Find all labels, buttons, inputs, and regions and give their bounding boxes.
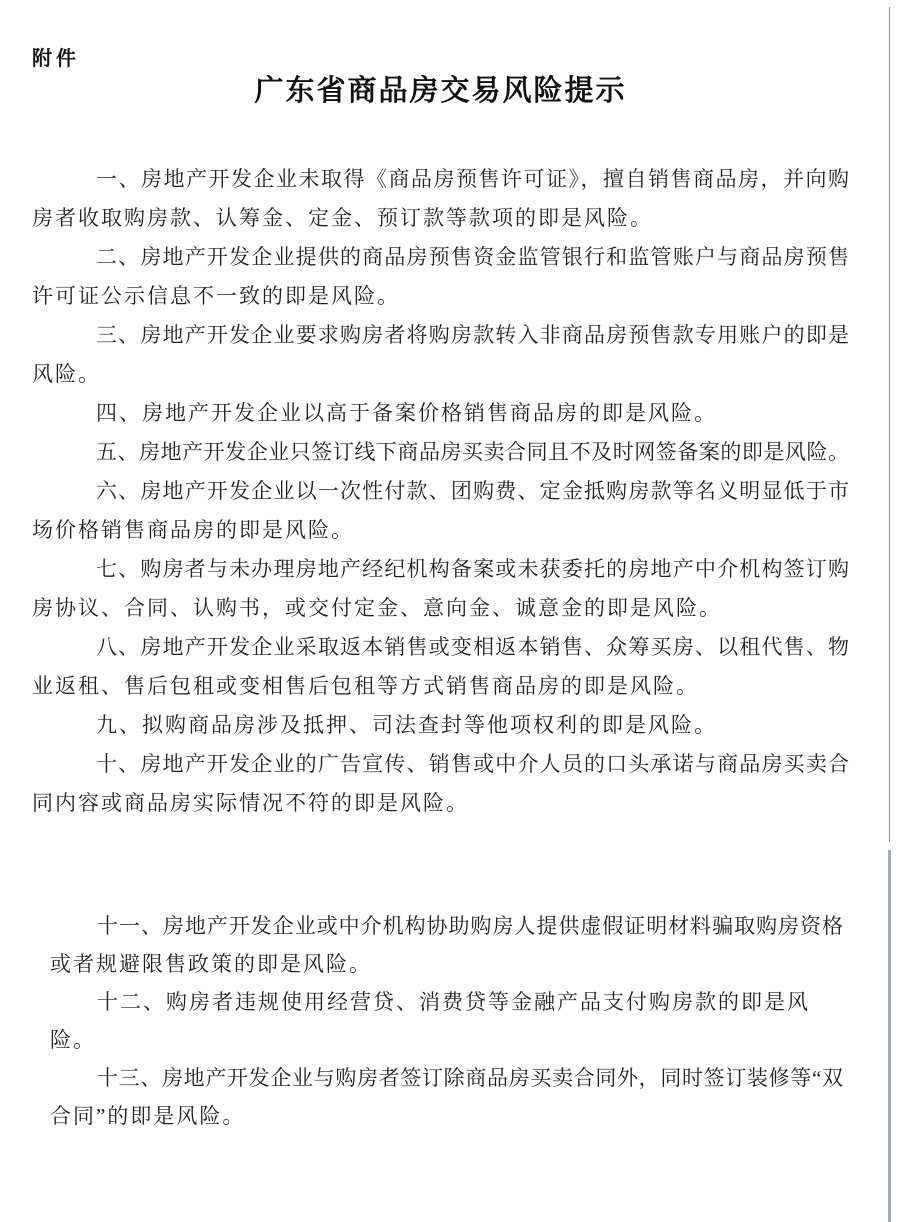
paragraph-2: 二、房地产开发企业提供的商品房预售资金监管银行和监管账户与商品房预售 许可证公示… <box>32 238 849 316</box>
attachment-label: 附件 <box>32 42 80 71</box>
paragraph-10: 十、房地产开发企业的广告宣传、销售或中介人员的口头承诺与商品房买卖合 同内容或商… <box>32 745 849 823</box>
paragraph-line: 三、房地产开发企业要求购房者将购房款转入非商品房预售款专用账户的即是 <box>32 316 849 355</box>
paragraph-line: 风险。 <box>32 355 849 394</box>
paragraph-line: 场价格销售商品房的即是风险。 <box>32 511 849 550</box>
paragraph-line: 十三、房地产开发企业与购房者签订除商品房买卖合同外，同时签订装修等“双 <box>50 1059 843 1097</box>
paragraph-line: 房者收取购房款、认筹金、定金、预订款等款项的即是风险。 <box>32 199 849 238</box>
paragraph-line: 五、房地产开发企业只签订线下商品房买卖合同且不及时网签备案的即是风险。 <box>32 433 849 472</box>
page-1-right-border <box>889 7 890 842</box>
paragraph-line: 房协议、合同、认购书，或交付定金、意向金、诚意金的即是风险。 <box>32 589 849 628</box>
paragraph-13: 十三、房地产开发企业与购房者签订除商品房买卖合同外，同时签订装修等“双 合同”的… <box>50 1059 843 1135</box>
paragraph-line: 二、房地产开发企业提供的商品房预售资金监管银行和监管账户与商品房预售 <box>32 238 849 277</box>
paragraph-line: 六、房地产开发企业以一次性付款、团购费、定金抵购房款等名义明显低于市 <box>32 472 849 511</box>
paragraph-line: 十、房地产开发企业的广告宣传、销售或中介人员的口头承诺与商品房买卖合 <box>32 745 849 784</box>
paragraph-line: 许可证公示信息不一致的即是风险。 <box>32 277 849 316</box>
paragraph-line: 四、房地产开发企业以高于备案价格销售商品房的即是风险。 <box>32 394 849 433</box>
page-1-body: 一、房地产开发企业未取得《商品房预售许可证》，擅自销售商品房，并向购 房者收取购… <box>32 160 849 823</box>
paragraph-line: 十二、购房者违规使用经营贷、消费贷等金融产品支付购房款的即是风险。 <box>50 983 843 1059</box>
paragraph-line: 或者规避限售政策的即是风险。 <box>50 945 843 983</box>
document-viewer: { "document": { "attachment_label": "附件"… <box>0 0 900 1222</box>
paragraph-8: 八、房地产开发企业采取返本销售或变相返本销售、众筹买房、以租代售、物 业返租、售… <box>32 628 849 706</box>
paragraph-3: 三、房地产开发企业要求购房者将购房款转入非商品房预售款专用账户的即是 风险。 <box>32 316 849 394</box>
paragraph-line: 八、房地产开发企业采取返本销售或变相返本销售、众筹买房、以租代售、物 <box>32 628 849 667</box>
paragraph-6: 六、房地产开发企业以一次性付款、团购费、定金抵购房款等名义明显低于市 场价格销售… <box>32 472 849 550</box>
paragraph-1: 一、房地产开发企业未取得《商品房预售许可证》，擅自销售商品房，并向购 房者收取购… <box>32 160 849 238</box>
paragraph-line: 一、房地产开发企业未取得《商品房预售许可证》，擅自销售商品房，并向购 <box>32 160 849 199</box>
paragraph-4: 四、房地产开发企业以高于备案价格销售商品房的即是风险。 <box>32 394 849 433</box>
paragraph-line: 合同”的即是风险。 <box>50 1097 843 1135</box>
paragraph-9: 九、拟购商品房涉及抵押、司法查封等他项权利的即是风险。 <box>32 706 849 745</box>
page-2-body: 十一、房地产开发企业或中介机构协助购房人提供虚假证明材料骗取购房资格 或者规避限… <box>50 907 843 1135</box>
paragraph-5: 五、房地产开发企业只签订线下商品房买卖合同且不及时网签备案的即是风险。 <box>32 433 849 472</box>
paragraph-line: 业返租、售后包租或变相售后包租等方式销售商品房的即是风险。 <box>32 667 849 706</box>
paragraph-7: 七、购房者与未办理房地产经纪机构备案或未获委托的房地产中介机构签订购 房协议、合… <box>32 550 849 628</box>
paragraph-line: 十一、房地产开发企业或中介机构协助购房人提供虚假证明材料骗取购房资格 <box>50 907 843 945</box>
document-title: 广东省商品房交易风险提示 <box>32 68 849 109</box>
paragraph-line: 七、购房者与未办理房地产经纪机构备案或未获委托的房地产中介机构签订购 <box>32 550 849 589</box>
paragraph-line: 同内容或商品房实际情况不符的即是风险。 <box>32 784 849 823</box>
page-2-right-border <box>888 850 891 1222</box>
paragraph-11: 十一、房地产开发企业或中介机构协助购房人提供虚假证明材料骗取购房资格 或者规避限… <box>50 907 843 983</box>
paragraph-12: 十二、购房者违规使用经营贷、消费贷等金融产品支付购房款的即是风险。 <box>50 983 843 1059</box>
paragraph-line: 九、拟购商品房涉及抵押、司法查封等他项权利的即是风险。 <box>32 706 849 745</box>
